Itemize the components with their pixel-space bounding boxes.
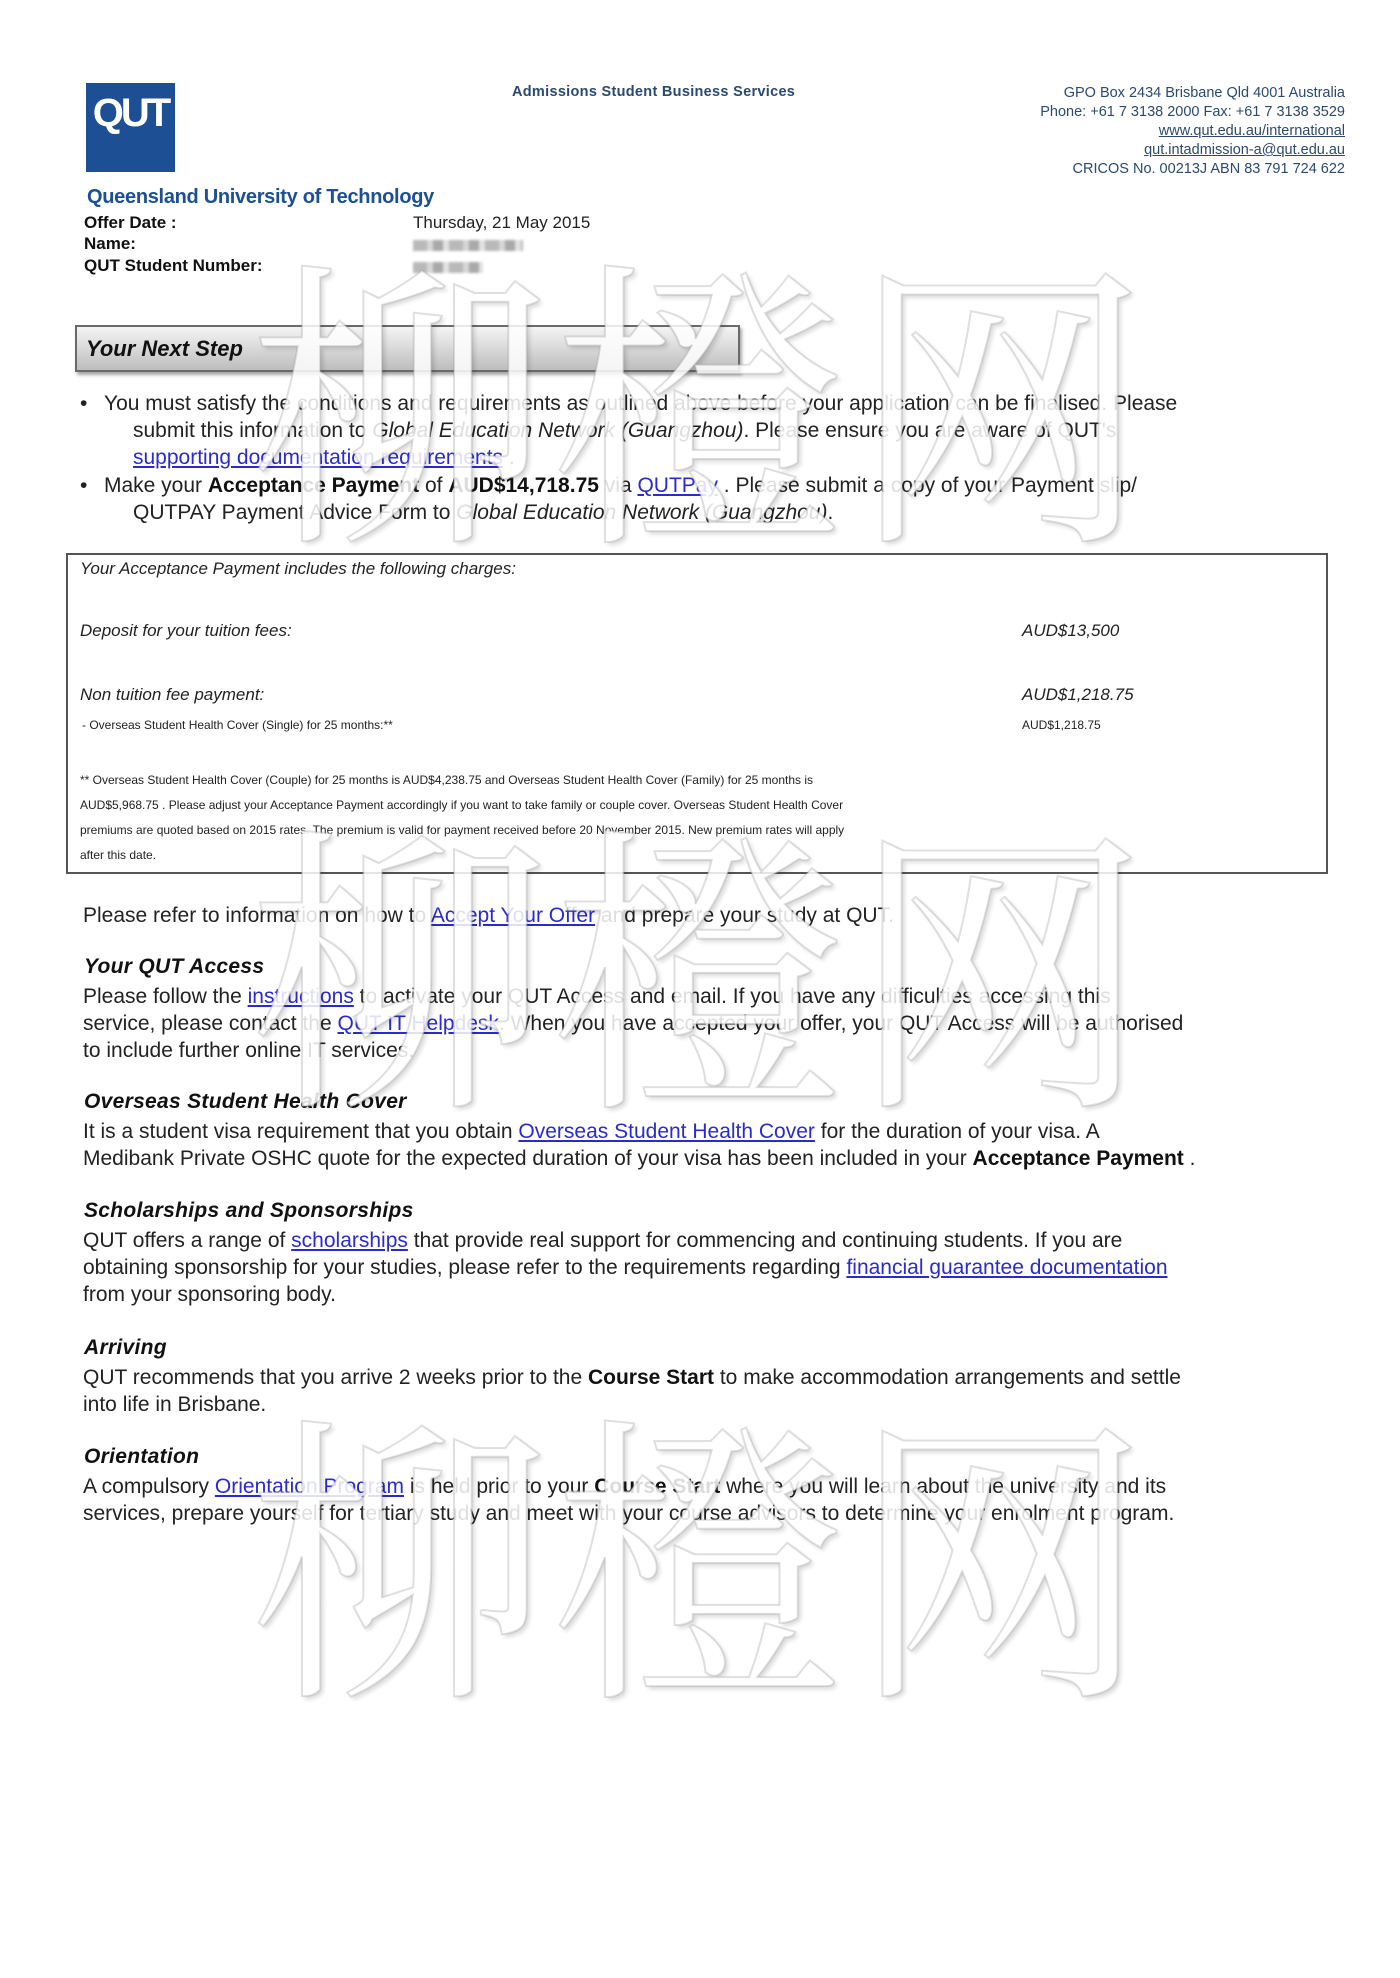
watermark: 柳橙网 bbox=[250, 830, 1170, 1130]
it-helpdesk-link[interactable]: QUT IT Helpdesk bbox=[337, 1012, 498, 1035]
financial-guarantee-link[interactable]: financial guarantee documentation bbox=[846, 1256, 1167, 1279]
qutpay-link[interactable]: QUTPay bbox=[637, 474, 718, 497]
agent-name: Global Education Network (Guangzhou) bbox=[372, 419, 743, 442]
offer-date-value: Thursday, 21 May 2015 bbox=[413, 213, 590, 233]
qut-access-paragraph: Please follow the instructions to activa… bbox=[83, 983, 1343, 1064]
scholarships-paragraph: QUT offers a range of scholarships that … bbox=[83, 1227, 1343, 1308]
student-number-redacted bbox=[413, 262, 483, 273]
orientation-program-link[interactable]: Orientation Program bbox=[215, 1475, 404, 1498]
note-line: ** Overseas Student Health Cover (Couple… bbox=[80, 773, 813, 787]
offer-date-label: Offer Date : bbox=[84, 213, 177, 233]
note-line: premiums are quoted based on 2015 rates.… bbox=[80, 823, 844, 837]
bullet-icon: • bbox=[80, 390, 87, 417]
oshc-link[interactable]: Overseas Student Health Cover bbox=[518, 1120, 814, 1143]
payment-amount: AUD$14,718.75 bbox=[448, 474, 599, 497]
website-link[interactable]: www.qut.edu.au/international bbox=[1040, 122, 1345, 141]
bullet-icon: • bbox=[80, 472, 87, 499]
watermark: 柳橙网 bbox=[250, 1420, 1170, 1720]
name-label: Name: bbox=[84, 234, 136, 254]
bullet-conditions: • You must satisfy the conditions and re… bbox=[80, 390, 1340, 460]
charges-heading: Your Acceptance Payment includes the fol… bbox=[80, 559, 516, 579]
orientation-title: Orientation bbox=[84, 1445, 199, 1469]
arriving-paragraph: QUT recommends that you arrive 2 weeks p… bbox=[83, 1364, 1343, 1418]
department-name: Admissions Student Business Services bbox=[512, 84, 795, 100]
non-tuition-label: Non tuition fee payment: bbox=[80, 685, 264, 705]
bullet-payment: • Make your Acceptance Payment of AUD$14… bbox=[80, 472, 1340, 526]
oshc-title: Overseas Student Health Cover bbox=[84, 1090, 407, 1114]
email-link[interactable]: qut.intadmission-a@qut.edu.au bbox=[1040, 141, 1345, 160]
contact-block: GPO Box 2434 Brisbane Qld 4001 Australia… bbox=[1040, 84, 1345, 179]
note-line: after this date. bbox=[80, 848, 156, 862]
oshc-single-amount: AUD$1,218.75 bbox=[1022, 718, 1101, 732]
university-name: Queensland University of Technology bbox=[87, 186, 434, 209]
accept-offer-link[interactable]: Accept Your Offer bbox=[431, 904, 595, 927]
agent-name: Global Education Network (Guangzhou) bbox=[456, 501, 827, 524]
note-line: AUD$5,968.75 . Please adjust your Accept… bbox=[80, 798, 843, 812]
cricos-abn: CRICOS No. 00213J ABN 83 791 724 622 bbox=[1040, 160, 1345, 179]
supporting-docs-link[interactable]: supporting documentation requirements bbox=[133, 446, 503, 469]
non-tuition-amount: AUD$1,218.75 bbox=[1022, 685, 1134, 705]
deposit-label: Deposit for your tuition fees: bbox=[80, 621, 292, 641]
oshc-paragraph: It is a student visa requirement that yo… bbox=[83, 1118, 1343, 1172]
name-value-redacted bbox=[413, 240, 523, 251]
qut-logo: QUT bbox=[86, 83, 175, 172]
orientation-paragraph: A compulsory Orientation Program is held… bbox=[83, 1473, 1343, 1527]
student-number-label: QUT Student Number: bbox=[84, 256, 263, 276]
deposit-amount: AUD$13,500 bbox=[1022, 621, 1119, 641]
next-step-title: Your Next Step bbox=[86, 336, 243, 362]
oshc-single-label: - Overseas Student Health Cover (Single)… bbox=[82, 718, 393, 732]
contact-phone-fax: Phone: +61 7 3138 2000 Fax: +61 7 3138 3… bbox=[1040, 103, 1345, 122]
refer-paragraph: Please refer to information on how to Ac… bbox=[83, 902, 1343, 929]
next-step-banner: Your Next Step bbox=[75, 325, 740, 372]
instructions-link[interactable]: instructions bbox=[248, 985, 354, 1008]
scholarships-link[interactable]: scholarships bbox=[291, 1229, 408, 1252]
charges-box: Your Acceptance Payment includes the fol… bbox=[66, 553, 1328, 874]
scholarships-title: Scholarships and Sponsorships bbox=[84, 1199, 414, 1223]
contact-address: GPO Box 2434 Brisbane Qld 4001 Australia bbox=[1040, 84, 1345, 103]
logo-text: QUT bbox=[93, 91, 168, 136]
arriving-title: Arriving bbox=[84, 1336, 167, 1360]
qut-access-title: Your QUT Access bbox=[84, 955, 264, 979]
